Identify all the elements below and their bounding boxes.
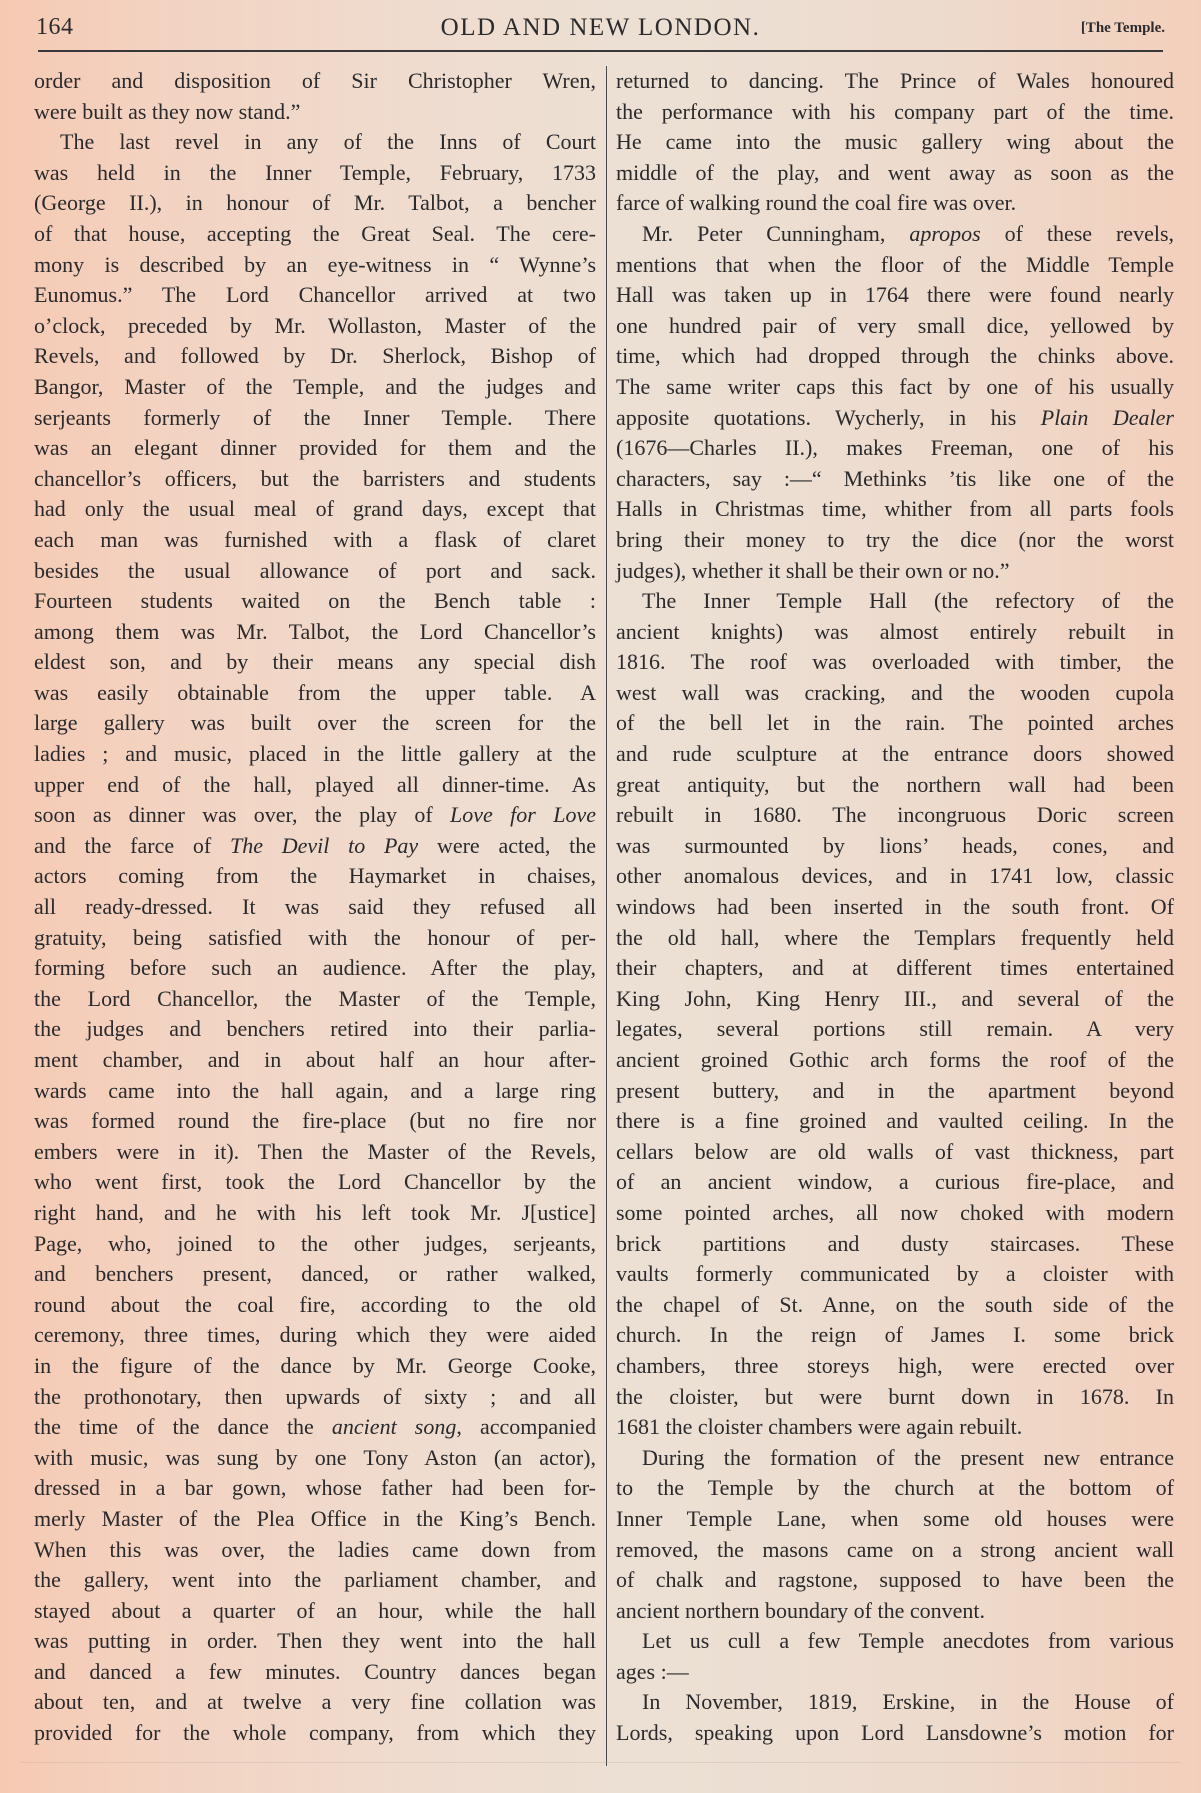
text-line: were built as they now stand.”: [34, 97, 596, 128]
right-column: returned to dancing. The Prince of Wales…: [616, 66, 1174, 1749]
text-line: order and disposition of Sir Christopher…: [34, 66, 596, 97]
text-line: (George II.), in honour of Mr. Talbot, a…: [34, 188, 596, 219]
text-line: of chalk and ragstone, supposed to have …: [616, 1565, 1174, 1596]
text-line: the old hall, where the Templars frequen…: [616, 923, 1174, 954]
section-title: [The Temple.: [1081, 20, 1165, 37]
text-segment: the time of the dance the: [34, 1414, 332, 1439]
text-line: the time of the dance the ancient song, …: [34, 1412, 596, 1443]
text-line: King John, King Henry III., and several …: [616, 984, 1174, 1015]
text-line: had only the usual meal of grand days, e…: [34, 494, 596, 525]
text-segment: of these revels,: [981, 221, 1174, 246]
text-line: ancient northern boundary of the convent…: [616, 1596, 1174, 1627]
text-line: and benchers present, danced, or rather …: [34, 1259, 596, 1290]
text-line: ment chamber, and in about half an hour …: [34, 1045, 596, 1076]
text-line: the performance with his company part of…: [616, 97, 1174, 128]
text-line: of an ancient window, a curious fire-pla…: [616, 1167, 1174, 1198]
text-line: During the formation of the present new …: [616, 1443, 1174, 1474]
text-line: was held in the Inner Temple, February, …: [34, 158, 596, 189]
italic-title: ancient song: [332, 1414, 456, 1439]
text-line: time, which had dropped through the chin…: [616, 341, 1174, 372]
text-line: each man was furnished with a flask of c…: [34, 525, 596, 556]
text-line: The Inner Temple Hall (the refectory of …: [616, 586, 1174, 617]
text-segment: were acted, the: [418, 833, 596, 858]
text-line: Inner Temple Lane, when some old houses …: [616, 1504, 1174, 1535]
text-line: In November, 1819, Erskine, in the House…: [616, 1687, 1174, 1718]
text-segment: , accompanied: [456, 1414, 596, 1439]
text-line: ages :—: [616, 1657, 1174, 1688]
text-line: west wall was cracking, and the wooden c…: [616, 678, 1174, 709]
text-line: and rude sculpture at the entrance doors…: [616, 739, 1174, 770]
text-line: Lords, speaking upon Lord Lansdowne’s mo…: [616, 1718, 1174, 1749]
text-line: who went first, took the Lord Chancellor…: [34, 1167, 596, 1198]
text-line: Page, who, joined to the other judges, s…: [34, 1229, 596, 1260]
text-line: 1816. The roof was overloaded with timbe…: [616, 647, 1174, 678]
text-line: and danced a few minutes. Country dances…: [34, 1657, 596, 1688]
text-line: there is a fine groined and vaulted ceil…: [616, 1106, 1174, 1137]
text-line: vaults formerly communicated by a cloist…: [616, 1259, 1174, 1290]
text-line: Halls in Christmas time, whither from al…: [616, 494, 1174, 525]
text-line: brick partitions and dusty staircases. T…: [616, 1229, 1174, 1260]
text-line: of that house, accepting the Great Seal.…: [34, 219, 596, 250]
text-line: actors coming from the Haymarket in chai…: [34, 861, 596, 892]
text-line: about ten, and at twelve a very fine col…: [34, 1687, 596, 1718]
text-line: He came into the music gallery wing abou…: [616, 127, 1174, 158]
text-line: the gallery, went into the parliament ch…: [34, 1565, 596, 1596]
text-line: their chapters, and at different times e…: [616, 953, 1174, 984]
text-line: gratuity, being satisfied with the honou…: [34, 923, 596, 954]
text-line: mony is described by an eye-witness in “…: [34, 250, 596, 281]
text-line: all ready-dressed. It was said they refu…: [34, 892, 596, 923]
text-line: some pointed arches, all now choked with…: [616, 1198, 1174, 1229]
text-line: Eunomus.” The Lord Chancellor arrived at…: [34, 280, 596, 311]
italic-title: apropos: [909, 221, 980, 246]
text-line: eldest son, and by their means any speci…: [34, 647, 596, 678]
text-line: stayed about a quarter of an hour, while…: [34, 1596, 596, 1627]
text-line: (1676—Charles II.), makes Freeman, one o…: [616, 433, 1174, 464]
text-line: large gallery was built over the screen …: [34, 708, 596, 739]
text-line: one hundred pair of very small dice, yel…: [616, 311, 1174, 342]
italic-title: Plain Dealer: [1041, 405, 1174, 430]
text-line: was surmounted by lions’ heads, cones, a…: [616, 831, 1174, 862]
text-line: soon as dinner was over, the play of Lov…: [34, 800, 596, 831]
text-line: apposite quotations. Wycherly, in his Pl…: [616, 403, 1174, 434]
text-line: great antiquity, but the northern wall h…: [616, 770, 1174, 801]
italic-title: Love for Love: [450, 802, 596, 827]
text-line: ancient groined Gothic arch forms the ro…: [616, 1045, 1174, 1076]
text-line: merly Master of the Plea Office in the K…: [34, 1504, 596, 1535]
text-line: the Lord Chancellor, the Master of the T…: [34, 984, 596, 1015]
text-line: serjeants formerly of the Inner Temple. …: [34, 403, 596, 434]
text-segment: soon as dinner was over, the play of: [34, 802, 450, 827]
text-line: was easily obtainable from the upper tab…: [34, 678, 596, 709]
text-line: ancient knights) was almost entirely reb…: [616, 617, 1174, 648]
text-line: present buttery, and in the apartment be…: [616, 1076, 1174, 1107]
text-line: Bangor, Master of the Temple, and the ju…: [34, 372, 596, 403]
text-line: to the Temple by the church at the botto…: [616, 1473, 1174, 1504]
book-page: 164 OLD AND NEW LONDON. [The Temple. ord…: [0, 0, 1201, 1793]
text-line: was putting in order. Then they went int…: [34, 1626, 596, 1657]
page-bottom-edge: [20, 1762, 1181, 1763]
text-line: round about the coal fire, according to …: [34, 1290, 596, 1321]
text-line: Mr. Peter Cunningham, apropos of these r…: [616, 219, 1174, 250]
header-rule: [38, 50, 1163, 52]
text-line: The last revel in any of the Inns of Cou…: [34, 127, 596, 158]
text-segment: Mr. Peter Cunningham,: [642, 221, 909, 246]
text-line: When this was over, the ladies came down…: [34, 1535, 596, 1566]
text-line: farce of walking round the coal fire was…: [616, 188, 1174, 219]
text-line: chambers, three storeys high, were erect…: [616, 1351, 1174, 1382]
text-line: in the figure of the dance by Mr. George…: [34, 1351, 596, 1382]
text-line: besides the usual allowance of port and …: [34, 556, 596, 587]
text-line: judges), whether it shall be their own o…: [616, 556, 1174, 587]
text-line: Hall was taken up in 1764 there were fou…: [616, 280, 1174, 311]
text-line: characters, say :—“ Methinks ’tis like o…: [616, 464, 1174, 495]
text-line: mentions that when the floor of the Midd…: [616, 250, 1174, 281]
text-line: other anomalous devices, and in 1741 low…: [616, 861, 1174, 892]
italic-title: The Devil to Pay: [230, 833, 418, 858]
left-column: order and disposition of Sir Christopher…: [34, 66, 596, 1749]
column-divider: [606, 66, 607, 1766]
text-line: ladies ; and music, placed in the little…: [34, 739, 596, 770]
text-line: cellars below are old walls of vast thic…: [616, 1137, 1174, 1168]
running-title: OLD AND NEW LONDON.: [36, 14, 1165, 42]
text-line: upper end of the hall, played all dinner…: [34, 770, 596, 801]
text-line: bring their money to try the dice (nor t…: [616, 525, 1174, 556]
text-line: removed, the masons came on a strong anc…: [616, 1535, 1174, 1566]
text-line: dressed in a bar gown, whose father had …: [34, 1473, 596, 1504]
text-line: legates, several portions still remain. …: [616, 1014, 1174, 1045]
text-line: with music, was sung by one Tony Aston (…: [34, 1443, 596, 1474]
text-line: Revels, and followed by Dr. Sherlock, Bi…: [34, 341, 596, 372]
text-line: 1681 the cloister chambers were again re…: [616, 1412, 1174, 1443]
running-head: 164 OLD AND NEW LONDON. [The Temple.: [36, 12, 1165, 46]
text-line: the chapel of St. Anne, on the south sid…: [616, 1290, 1174, 1321]
text-line: among them was Mr. Talbot, the Lord Chan…: [34, 617, 596, 648]
text-segment: apposite quotations. Wycherly, in his: [616, 405, 1041, 430]
text-line: rebuilt in 1680. The incongruous Doric s…: [616, 800, 1174, 831]
text-line: windows had been inserted in the south f…: [616, 892, 1174, 923]
text-line: and the farce of The Devil to Pay were a…: [34, 831, 596, 862]
text-line: was formed round the fire-place (but no …: [34, 1106, 596, 1137]
text-segment: and the farce of: [34, 833, 230, 858]
text-line: Let us cull a few Temple anecdotes from …: [616, 1626, 1174, 1657]
text-line: the cloister, but were burnt down in 167…: [616, 1382, 1174, 1413]
text-line: embers were in it). Then the Master of t…: [34, 1137, 596, 1168]
text-line: right hand, and he with his left took Mr…: [34, 1198, 596, 1229]
text-line: The same writer caps this fact by one of…: [616, 372, 1174, 403]
text-line: wards came into the hall again, and a la…: [34, 1076, 596, 1107]
text-line: was an elegant dinner provided for them …: [34, 433, 596, 464]
text-line: the prothonotary, then upwards of sixty …: [34, 1382, 596, 1413]
text-line: middle of the play, and went away as soo…: [616, 158, 1174, 189]
text-line: ceremony, three times, during which they…: [34, 1320, 596, 1351]
text-line: provided for the whole company, from whi…: [34, 1718, 596, 1749]
text-line: church. In the reign of James I. some br…: [616, 1320, 1174, 1351]
text-line: Fourteen students waited on the Bench ta…: [34, 586, 596, 617]
text-line: chancellor’s officers, but the barrister…: [34, 464, 596, 495]
text-line: the judges and benchers retired into the…: [34, 1014, 596, 1045]
text-line: of the bell let in the rain. The pointed…: [616, 708, 1174, 739]
text-line: forming before such an audience. After t…: [34, 953, 596, 984]
text-line: o’clock, preceded by Mr. Wollaston, Mast…: [34, 311, 596, 342]
text-line: returned to dancing. The Prince of Wales…: [616, 66, 1174, 97]
